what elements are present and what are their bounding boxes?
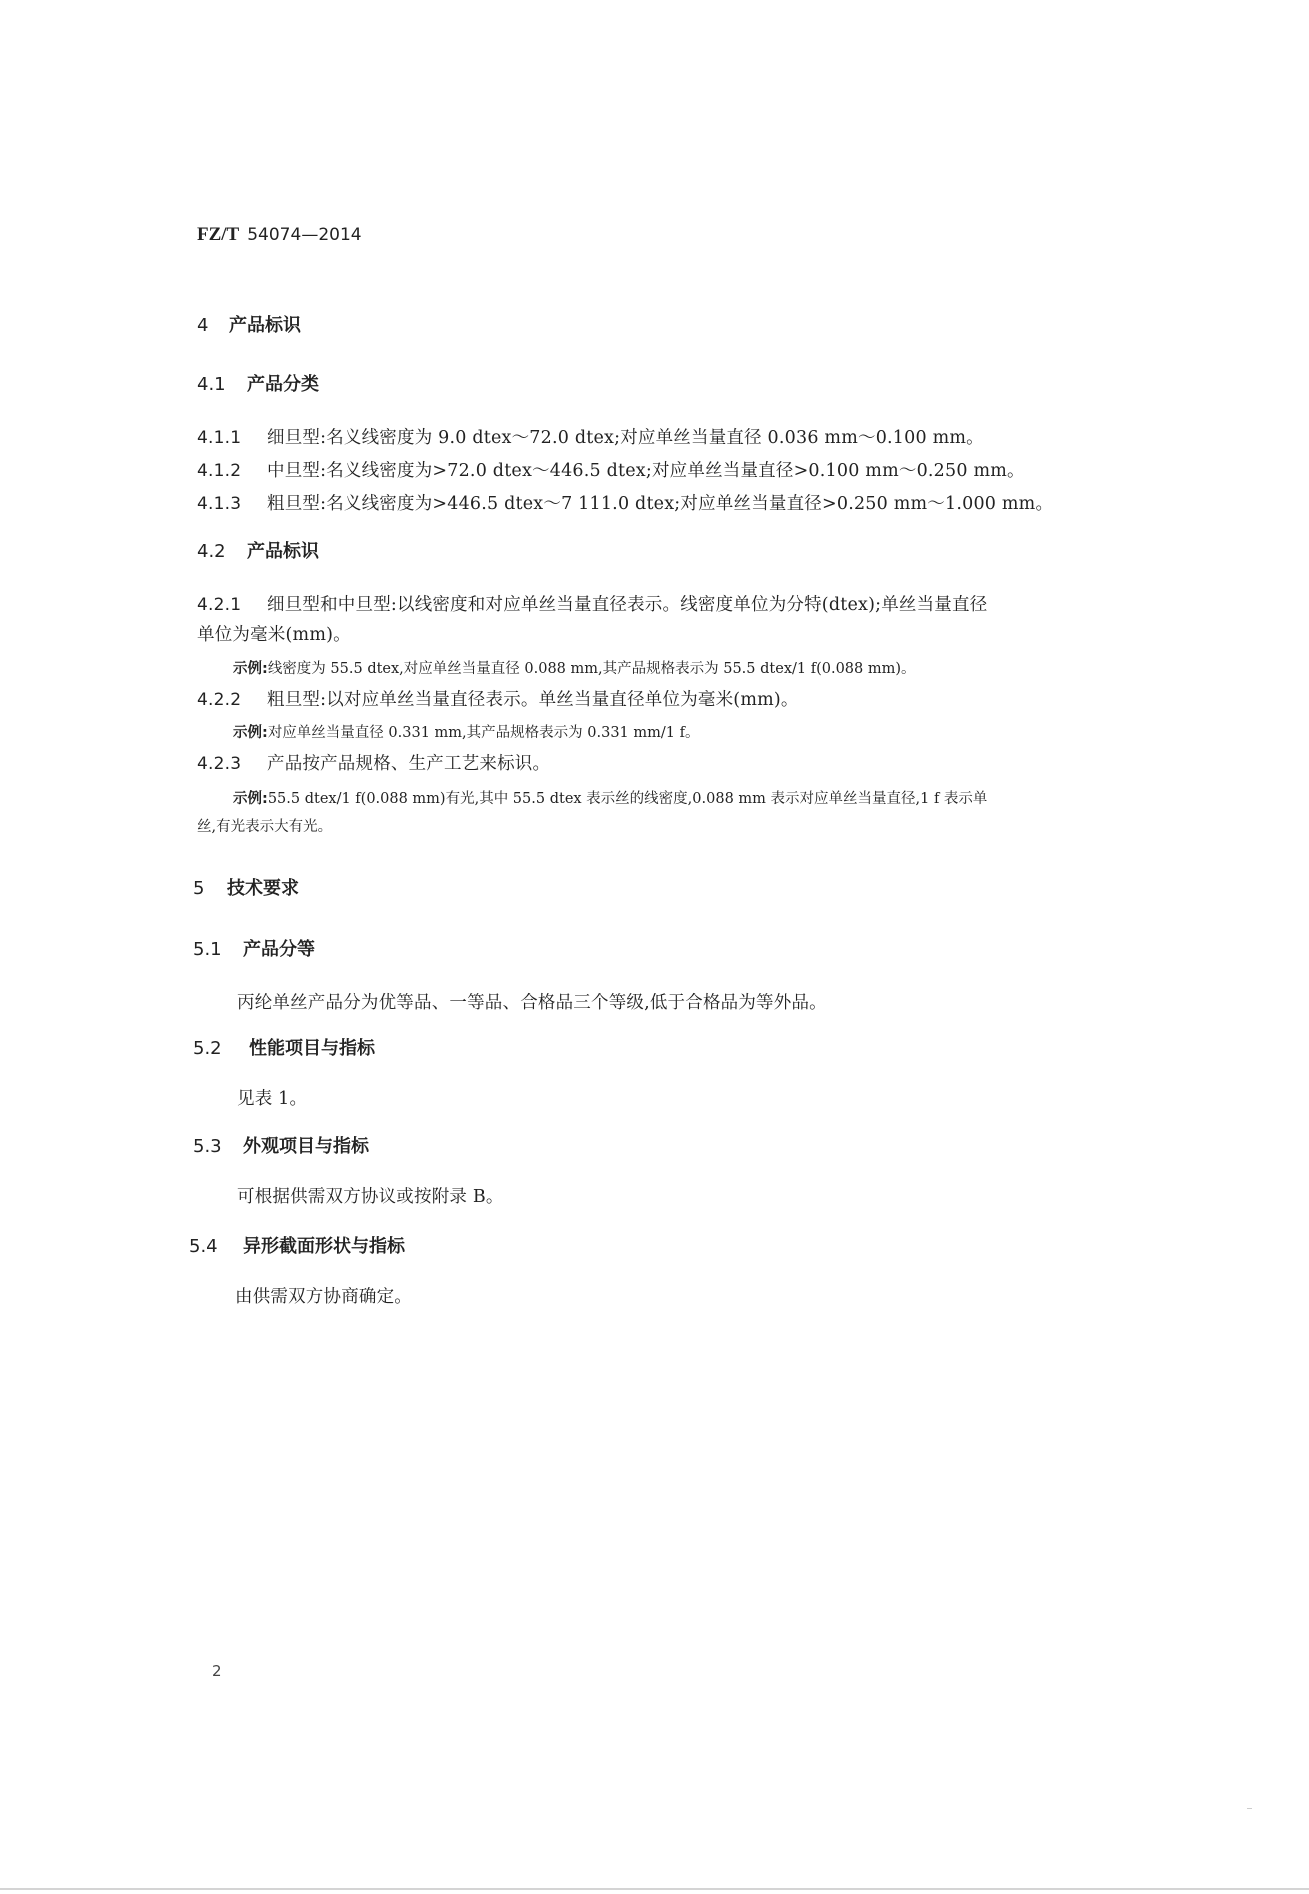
section-5-3-body: 可根据供需双方协议或按附录 B。: [237, 1189, 504, 1207]
clause-4-2-1-line1: 4.2.1细旦型和中旦型:以线密度和对应单丝当量直径表示。线密度单位为分特(dt…: [197, 597, 987, 615]
section-number: 5.4: [189, 1238, 243, 1256]
example-label: 示例:: [233, 661, 268, 677]
section-title: 产品分等: [243, 939, 315, 960]
clause-4-2-1-line2: 单位为毫米(mm)。: [197, 627, 351, 645]
clause-number: 4.1.1: [197, 430, 267, 447]
example-label: 示例:: [233, 791, 268, 807]
clause-4-1-1: 4.1.1细旦型:名义线密度为 9.0 dtex～72.0 dtex;对应单丝当…: [197, 430, 984, 448]
section-number: 5: [193, 880, 227, 898]
standard-code-number: 54074—2014: [247, 225, 361, 245]
section-number: 4.2: [197, 543, 247, 561]
section-number: 5.1: [193, 941, 243, 959]
section-title: 性能项目与指标: [249, 1038, 375, 1059]
section-5-heading: 5技术要求: [193, 880, 299, 898]
section-5-4-body: 由供需双方协商确定。: [235, 1289, 412, 1307]
section-5-1-body: 丙纶单丝产品分为优等品、一等品、合格品三个等级,低于合格品为等外品。: [237, 995, 827, 1013]
section-4-1-heading: 4.1产品分类: [197, 376, 319, 394]
section-number: 4: [197, 317, 229, 335]
clause-4-1-3: 4.1.3粗旦型:名义线密度为>446.5 dtex～7 111.0 dtex;…: [197, 496, 1053, 514]
clause-text: 粗旦型:名义线密度为>446.5 dtex～7 111.0 dtex;对应单丝当…: [267, 494, 1053, 514]
section-5-2-body: 见表 1。: [237, 1091, 307, 1109]
section-5-3-heading: 5.3外观项目与指标: [193, 1138, 369, 1156]
page-number: 2: [212, 1664, 222, 1679]
standard-code-header: FZ/T54074—2014: [197, 225, 362, 244]
clause-text: 细旦型和中旦型:以线密度和对应单丝当量直径表示。线密度单位为分特(dtex);单…: [267, 595, 987, 615]
example-label: 示例:: [233, 725, 268, 741]
section-number: 5.2: [193, 1040, 249, 1058]
section-title: 外观项目与指标: [243, 1136, 369, 1157]
example-4-2-3-line1: 示例:55.5 dtex/1 f(0.088 mm)有光,其中 55.5 dte…: [233, 792, 987, 807]
clause-text: 中旦型:名义线密度为>72.0 dtex～446.5 dtex;对应单丝当量直径…: [267, 461, 1025, 481]
page-bottom-edge: [0, 1888, 1309, 1890]
clause-4-1-2: 4.1.2中旦型:名义线密度为>72.0 dtex～446.5 dtex;对应单…: [197, 463, 1025, 481]
example-text: 线密度为 55.5 dtex,对应单丝当量直径 0.088 mm,其产品规格表示…: [268, 661, 916, 677]
example-text: 对应单丝当量直径 0.331 mm,其产品规格表示为 0.331 mm/1 f。: [268, 725, 700, 741]
clause-number: 4.1.3: [197, 496, 267, 513]
section-title: 产品标识: [247, 541, 319, 562]
section-5-1-heading: 5.1产品分等: [193, 941, 315, 959]
clause-number: 4.2.1: [197, 597, 267, 614]
clause-text: 粗旦型:以对应单丝当量直径表示。单丝当量直径单位为毫米(mm)。: [267, 690, 799, 710]
section-title: 技术要求: [227, 878, 299, 899]
example-4-2-1: 示例:线密度为 55.5 dtex,对应单丝当量直径 0.088 mm,其产品规…: [233, 662, 916, 677]
clause-4-2-3: 4.2.3产品按产品规格、生产工艺来标识。: [197, 756, 550, 774]
clause-number: 4.1.2: [197, 463, 267, 480]
section-4-heading: 4产品标识: [197, 317, 301, 335]
clause-text: 细旦型:名义线密度为 9.0 dtex～72.0 dtex;对应单丝当量直径 0…: [267, 428, 984, 448]
section-title: 异形截面形状与指标: [243, 1236, 405, 1257]
clause-number: 4.2.2: [197, 692, 267, 709]
section-number: 4.1: [197, 376, 247, 394]
clause-number: 4.2.3: [197, 756, 267, 773]
section-5-4-heading: 5.4异形截面形状与指标: [189, 1238, 405, 1256]
example-4-2-2: 示例:对应单丝当量直径 0.331 mm,其产品规格表示为 0.331 mm/1…: [233, 726, 699, 741]
section-title: 产品分类: [247, 374, 319, 395]
section-number: 5.3: [193, 1138, 243, 1156]
standard-code-prefix: FZ/T: [197, 224, 239, 245]
scan-speck: [1247, 1808, 1252, 1809]
clause-text: 产品按产品规格、生产工艺来标识。: [267, 754, 550, 774]
section-title: 产品标识: [229, 315, 301, 336]
clause-4-2-2: 4.2.2粗旦型:以对应单丝当量直径表示。单丝当量直径单位为毫米(mm)。: [197, 692, 799, 710]
section-4-2-heading: 4.2产品标识: [197, 543, 319, 561]
section-5-2-heading: 5.2性能项目与指标: [193, 1040, 375, 1058]
example-4-2-3-line2: 丝,有光表示大有光。: [197, 820, 332, 835]
example-text: 55.5 dtex/1 f(0.088 mm)有光,其中 55.5 dtex 表…: [268, 791, 988, 807]
